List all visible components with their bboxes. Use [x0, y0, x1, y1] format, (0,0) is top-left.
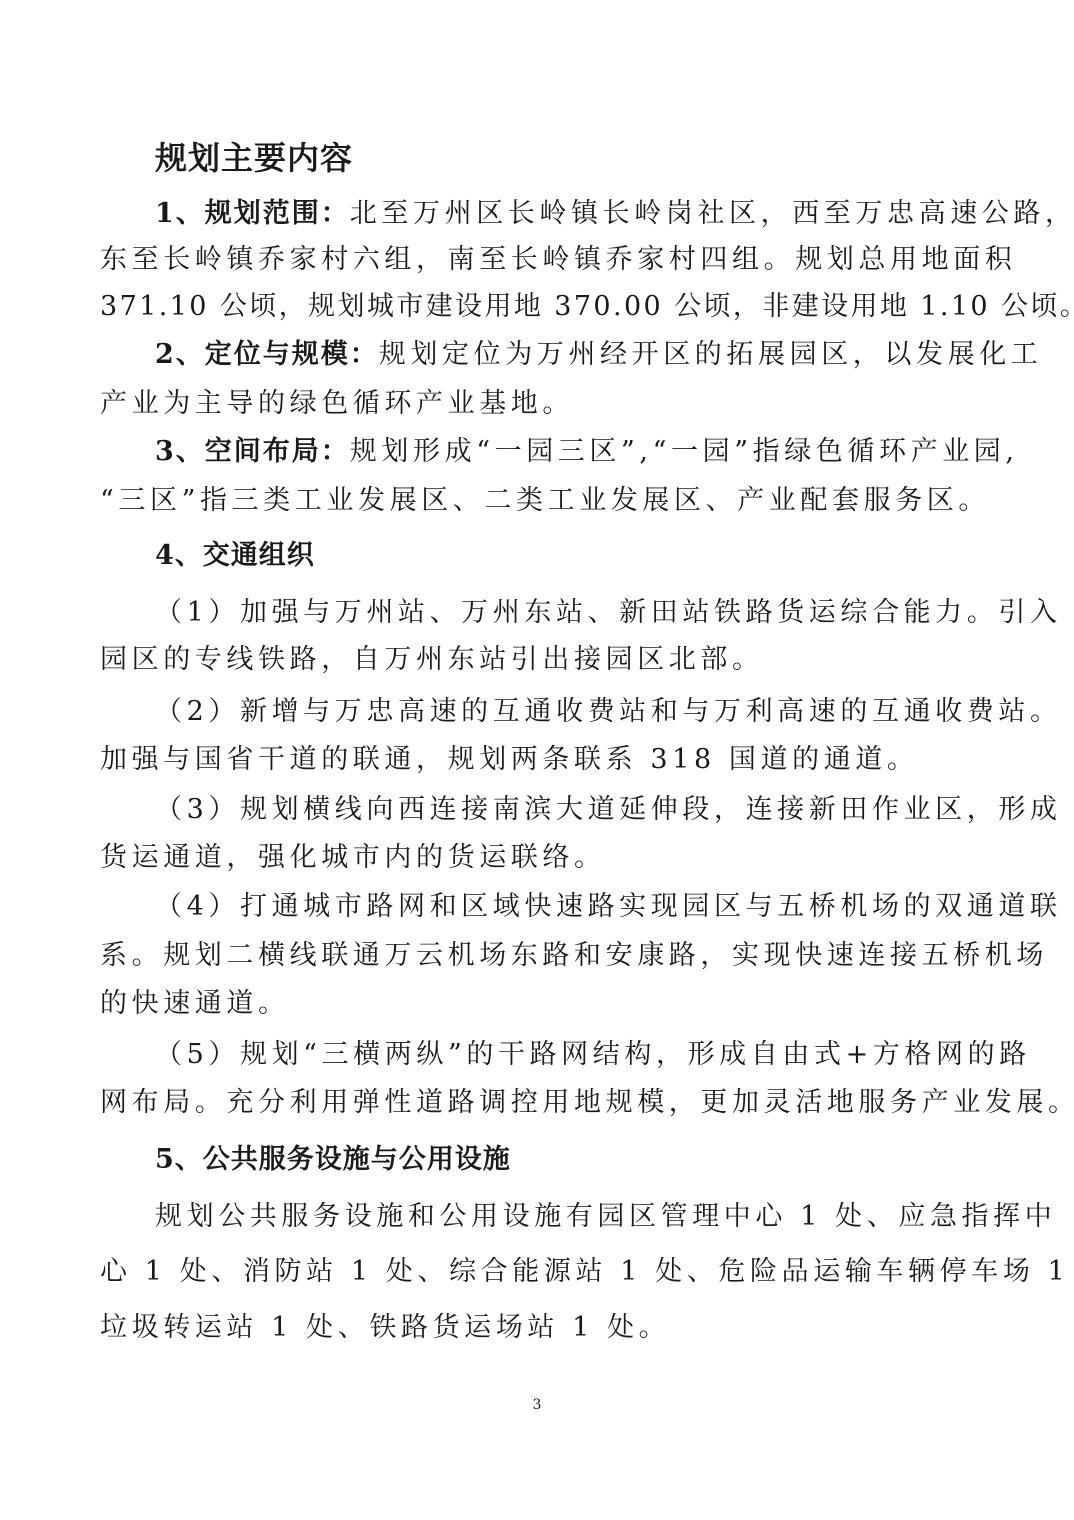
section-3-line-1: 3、空间布局：规划形成“一园三区”,“一园”指绿色循环产业园,: [155, 432, 980, 472]
traffic-item-5-line-1: （5）规划“三横两纵”的干路网结构，形成自由式+方格网的路: [155, 1035, 980, 1075]
section-3-text: 规划形成“一园三区”,“一园”指绿色循环产业园,: [350, 436, 1019, 467]
traffic-item-1-line-1: （1）加强与万州站、万州东站、新田站铁路货运综合能力。引入: [155, 593, 980, 633]
traffic-item-1-line-2: 园区的专线铁路，自万州东站引出接园区北部。: [100, 640, 980, 680]
document-page: 规划主要内容 1、规划范围：北至万州区长岭镇长岭岗社区，西至万忠高速公路， 东至…: [0, 0, 1074, 1520]
section-5-heading: 5、公共服务设施与公用设施: [155, 1140, 980, 1180]
traffic-item-4-line-3: 的快速通道。: [100, 984, 980, 1024]
section-1-line-3: 371.10 公顷，规划城市建设用地 370.00 公顷，非建设用地 1.10 …: [100, 287, 980, 327]
section-5-line-2: 心 1 处、消防站 1 处、综合能源站 1 处、危险品运输车辆停车场 1 处、: [100, 1252, 980, 1292]
section-1-line-1: 1、规划范围：北至万州区长岭镇长岭岗社区，西至万忠高速公路，: [155, 194, 980, 234]
section-1-text: 北至万州区长岭镇长岭岗社区，西至万忠高速公路，: [350, 198, 1074, 229]
traffic-item-4-line-1: （4）打通城市路网和区域快速路实现园区与五桥机场的双通道联: [155, 887, 980, 927]
traffic-item-2-line-2: 加强与国省干道的联通，规划两条联系 318 国道的通道。: [100, 740, 980, 780]
traffic-item-3-line-2: 货运通道，强化城市内的货运联络。: [100, 838, 980, 878]
section-1-label: 1、规划范围：: [155, 198, 350, 229]
page-title: 规划主要内容: [155, 136, 353, 180]
section-2-label: 2、定位与规模：: [155, 339, 379, 370]
section-3-line-2: “三区”指三类工业发展区、二类工业发展区、产业配套服务区。: [100, 481, 980, 521]
traffic-item-3-line-1: （3）规划横线向西连接南滨大道延伸段，连接新田作业区，形成: [155, 790, 980, 830]
section-2-text: 规划定位为万州经开区的拓展园区，以发展化工: [379, 339, 1043, 370]
section-5-line-1: 规划公共服务设施和公用设施有园区管理中心 1 处、应急指挥中: [155, 1197, 980, 1237]
section-5-line-3: 垃圾转运站 1 处、铁路货运场站 1 处。: [100, 1308, 980, 1348]
traffic-item-4-line-2: 系。规划二横线联通万云机场东路和安康路，实现快速连接五桥机场: [100, 936, 980, 976]
traffic-item-5-line-2: 网布局。充分利用弹性道路调控用地规模，更加灵活地服务产业发展。: [100, 1083, 980, 1123]
section-2-line-1: 2、定位与规模：规划定位为万州经开区的拓展园区，以发展化工: [155, 335, 980, 375]
traffic-item-2-line-1: （2）新增与万忠高速的互通收费站和与万利高速的互通收费站。: [155, 692, 980, 732]
section-1-line-2: 东至长岭镇乔家村六组，南至长岭镇乔家村四组。规划总用地面积: [100, 240, 980, 280]
section-4-heading: 4、交通组织: [155, 536, 980, 576]
section-3-label: 3、空间布局：: [155, 436, 350, 467]
section-2-line-2: 产业为主导的绿色循环产业基地。: [100, 384, 980, 424]
page-number: 3: [0, 1396, 1074, 1414]
